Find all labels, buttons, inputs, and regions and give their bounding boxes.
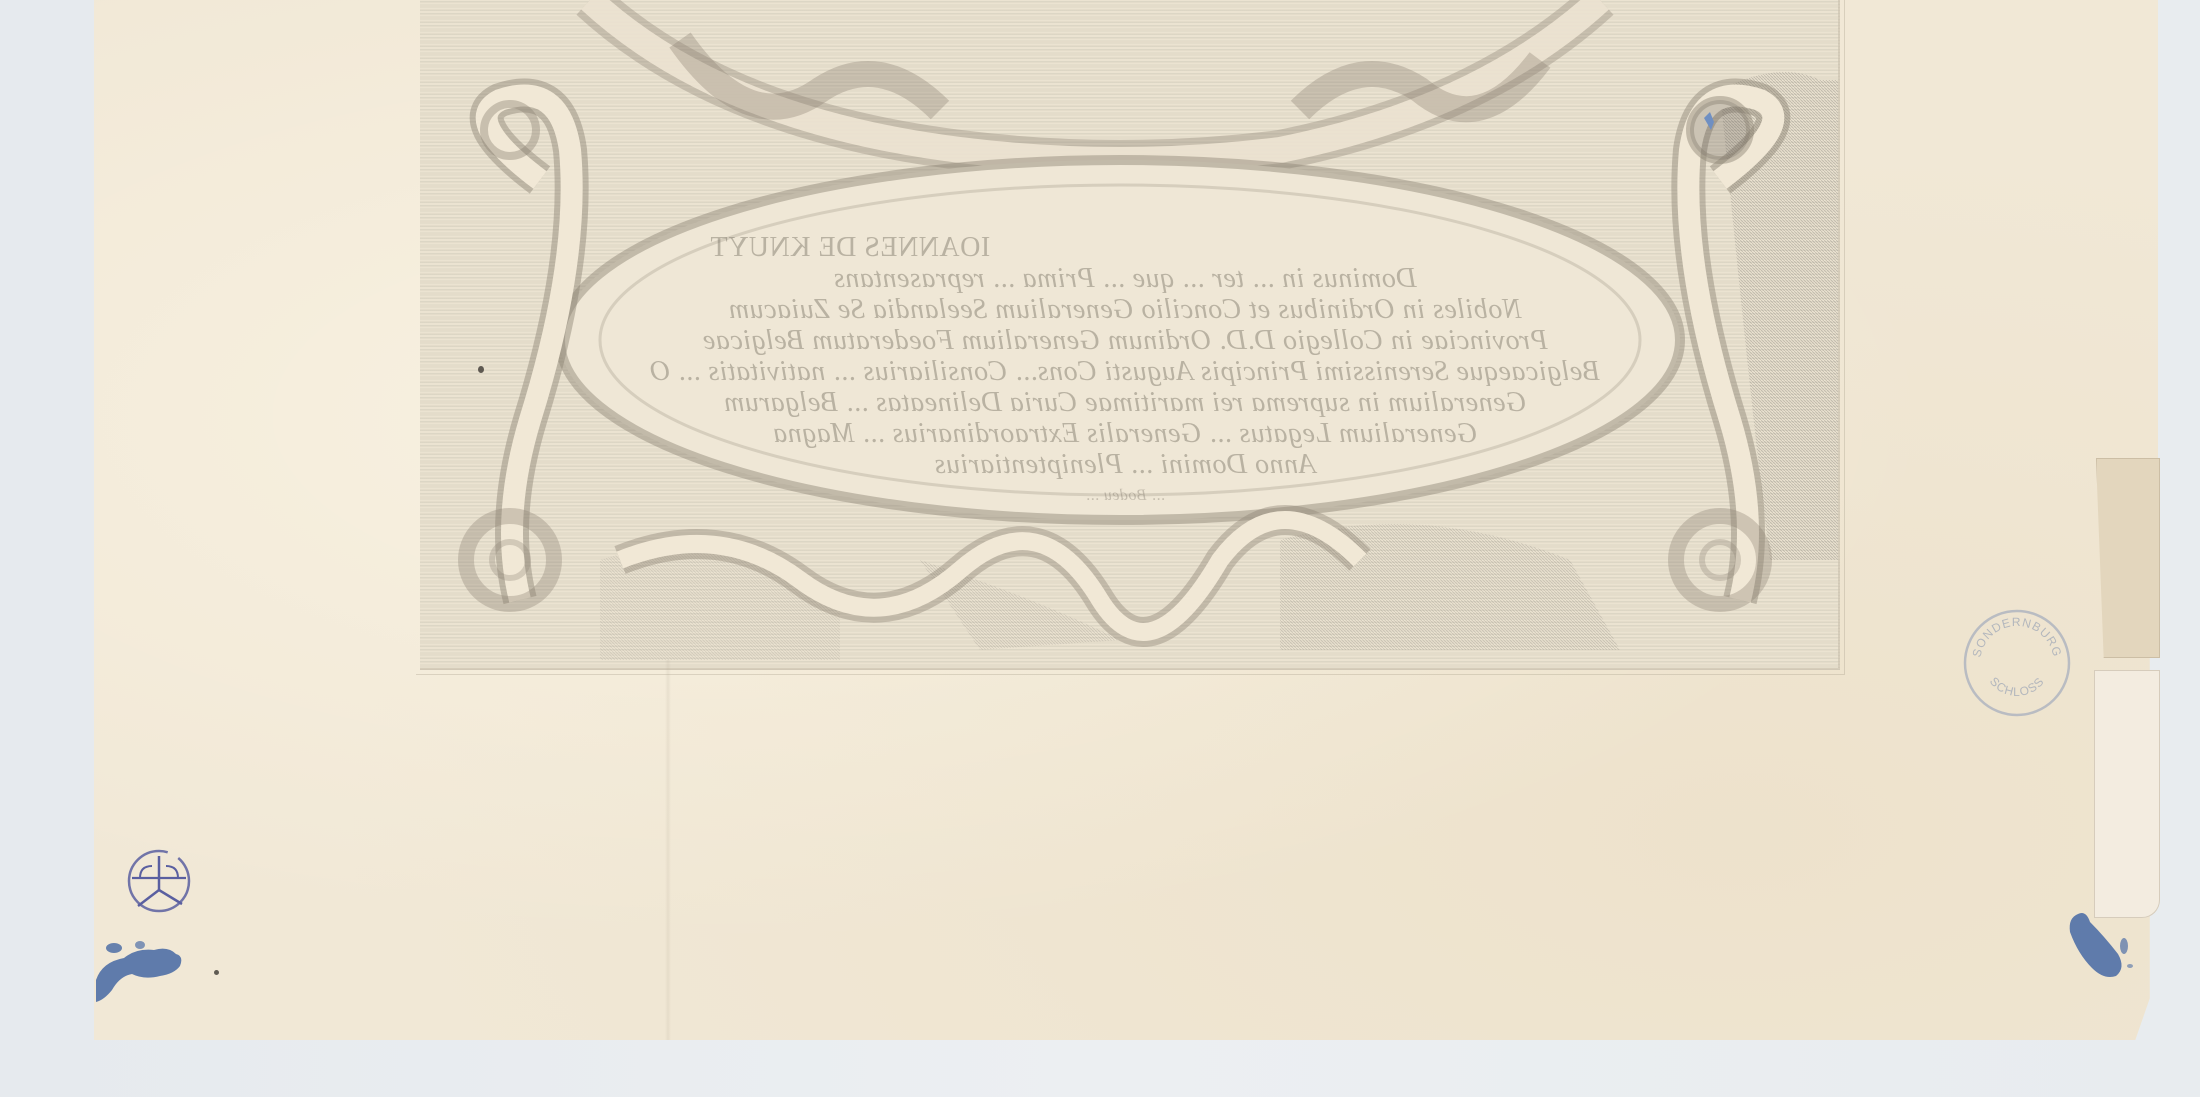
inscription-footnote: ... Bodeu ...	[650, 480, 1600, 511]
inscription-line: Belgicaeque Serenissimi Principis August…	[650, 356, 1600, 387]
collector-stamp-icon	[126, 848, 196, 918]
ink-speck	[478, 366, 484, 373]
mirrored-inscription: IOANNES DE KNUYT Dominus in ... ter ... …	[650, 232, 1600, 511]
inscription-line: Generalium Legatus ... Generalis Extraor…	[650, 418, 1600, 449]
svg-text:SCHLOSS: SCHLOSS	[1987, 674, 2047, 699]
blue-pigment-mark-left	[94, 940, 204, 1010]
stamp-text-bottom: SCHLOSS	[1987, 674, 2047, 699]
paper-hinge-upper	[2096, 458, 2160, 658]
inscription-line: Dominus in ... ter ... que ... Prima ...…	[650, 263, 1600, 294]
inscription-title: IOANNES DE KNUYT	[650, 232, 1600, 263]
ink-speck	[214, 970, 219, 975]
blue-pigment-mark-right	[2064, 902, 2144, 992]
inscription-line: Provinciae in Collegio D.D. Ordinum Gene…	[650, 325, 1600, 356]
paper-crease	[665, 660, 671, 1040]
inscription-line: Generalium in suprema rei maritimae Curi…	[650, 387, 1600, 418]
paper-hinge-lower	[2094, 670, 2160, 918]
inscription-line: Anno Domini ... Pleniptentiarius	[650, 449, 1600, 480]
library-stamp-icon: SONDERNBURG SCHLOSS	[1962, 608, 2072, 718]
inscription-line: Nobiles in Ordinibus et Concilio General…	[650, 294, 1600, 325]
